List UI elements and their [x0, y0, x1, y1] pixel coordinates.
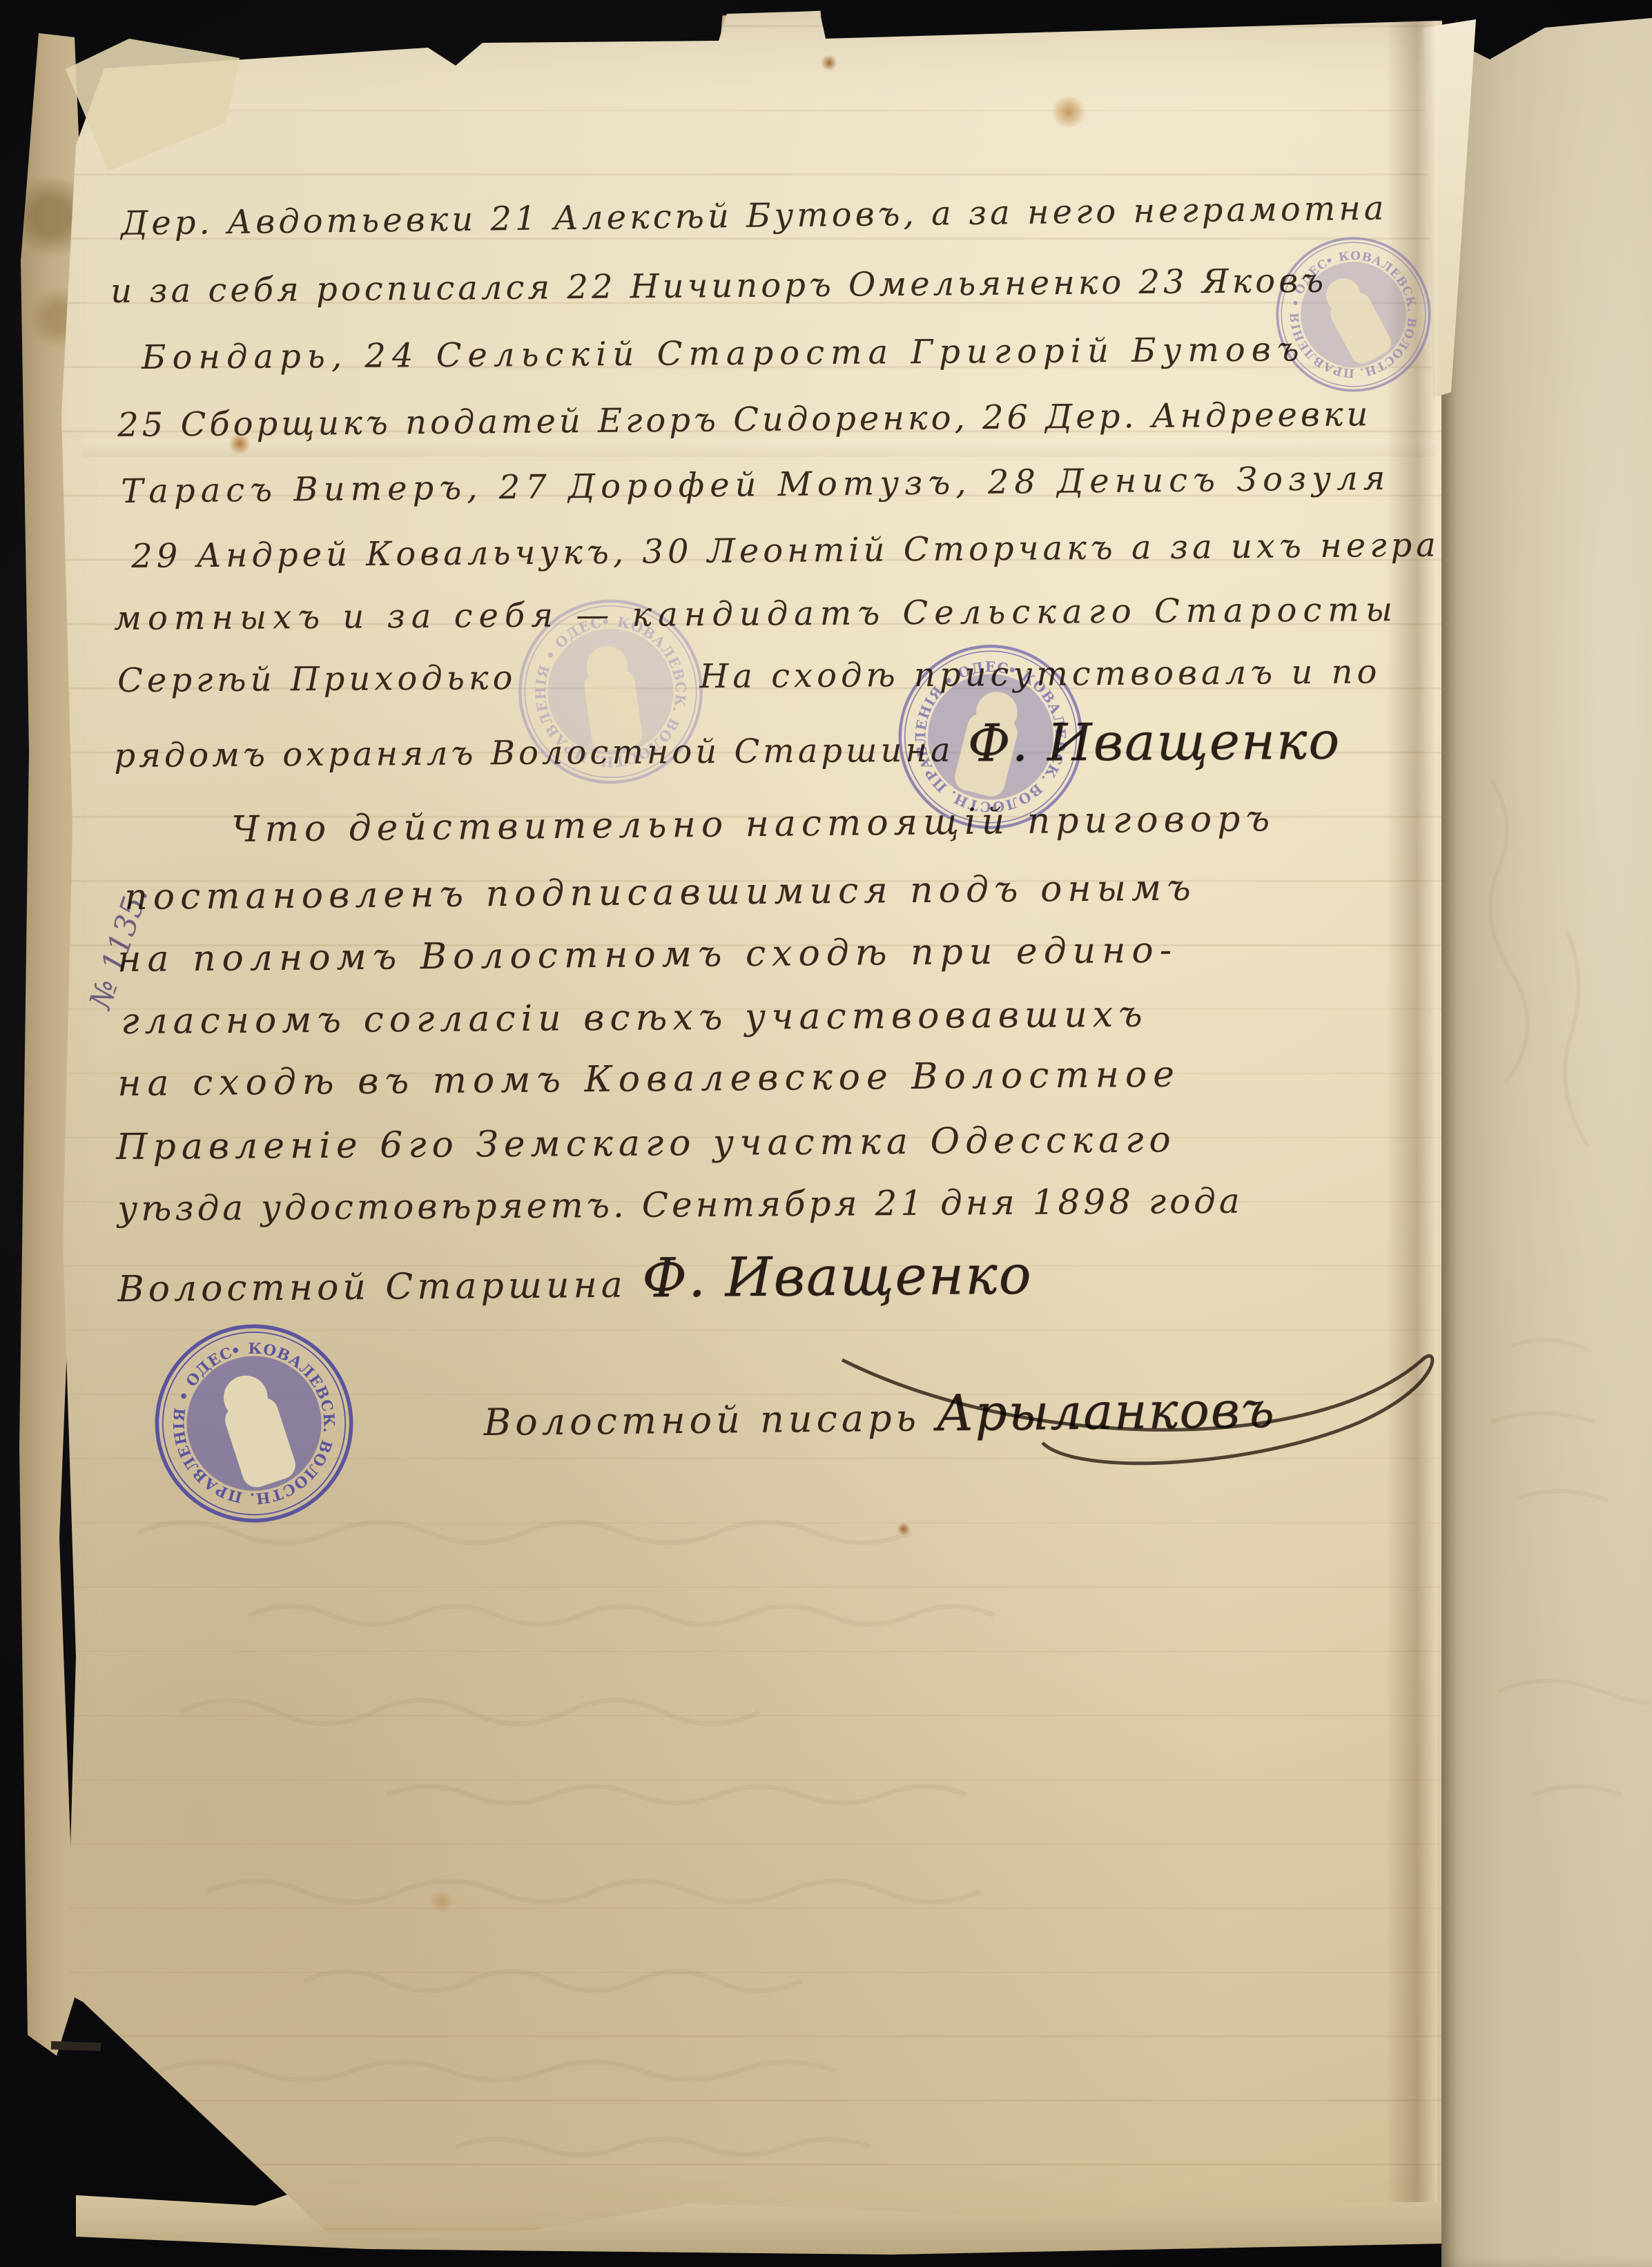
line-text: Волостной Старшина	[117, 1264, 642, 1310]
line-text: Правленіе 6го Земскаго участка Одесскаго	[116, 1119, 1176, 1168]
line-gap	[517, 688, 700, 689]
line-text: гласномъ согласіи всѣхъ участвовавшихъ	[121, 994, 1148, 1042]
line-text: На сходѣ присутствовалъ и по	[699, 652, 1381, 696]
foxing-spot	[1049, 97, 1088, 127]
manuscript-line-17: Волостной Старшина Ф. Иващенко	[117, 1244, 1033, 1314]
manuscript-line-16: уѣзда удостовѣряетъ. Сентября 21 дня 189…	[117, 1181, 1243, 1229]
manuscript-line-13: гласномъ согласіи всѣхъ участвовавшихъ	[121, 994, 1148, 1042]
manuscript-line-3: Бондарь, 24 Сельскій Староста Григорій Б…	[142, 330, 1305, 377]
next-page-bleedthrough	[1450, 725, 1650, 2105]
foxing-spot	[820, 55, 838, 70]
manuscript-line-15: Правленіе 6го Земскаго участка Одесскаго	[116, 1119, 1176, 1168]
line-text: рядомъ охранялъ Волостной Старшина	[114, 730, 968, 775]
line-text: Бондарь, 24 Сельскій Староста Григорій Б…	[142, 330, 1305, 377]
foxing-spot	[897, 1523, 910, 1535]
line-text: Сергѣй Приходько	[117, 659, 517, 700]
line-text: уѣзда удостовѣряетъ. Сентября 21 дня 189…	[117, 1181, 1243, 1229]
clerk-signature: Арыланковъ	[936, 1381, 1276, 1442]
archival-photo-canvas: • КОВАЛЕВСК. ВОЛОСТН. ПРАВЛЕНІЯ • ОДЕССК…	[0, 0, 1652, 2267]
foxing-spot	[228, 434, 251, 454]
elder-signature-inline: Ф. Иващенко	[968, 711, 1341, 774]
manuscript-line-18: Волостной писарь Арыланковъ	[483, 1381, 1276, 1447]
bleedthrough-marks	[97, 1484, 1450, 2188]
manuscript-line-9: рядомъ охранялъ Волостной Старшина Ф. Ив…	[114, 711, 1341, 779]
ink-dash-mark	[51, 2041, 101, 2052]
elder-signature: Ф. Иващенко	[642, 1244, 1033, 1310]
line-text: Волостной писарь	[483, 1396, 936, 1444]
foxing-spot	[428, 1891, 456, 1912]
